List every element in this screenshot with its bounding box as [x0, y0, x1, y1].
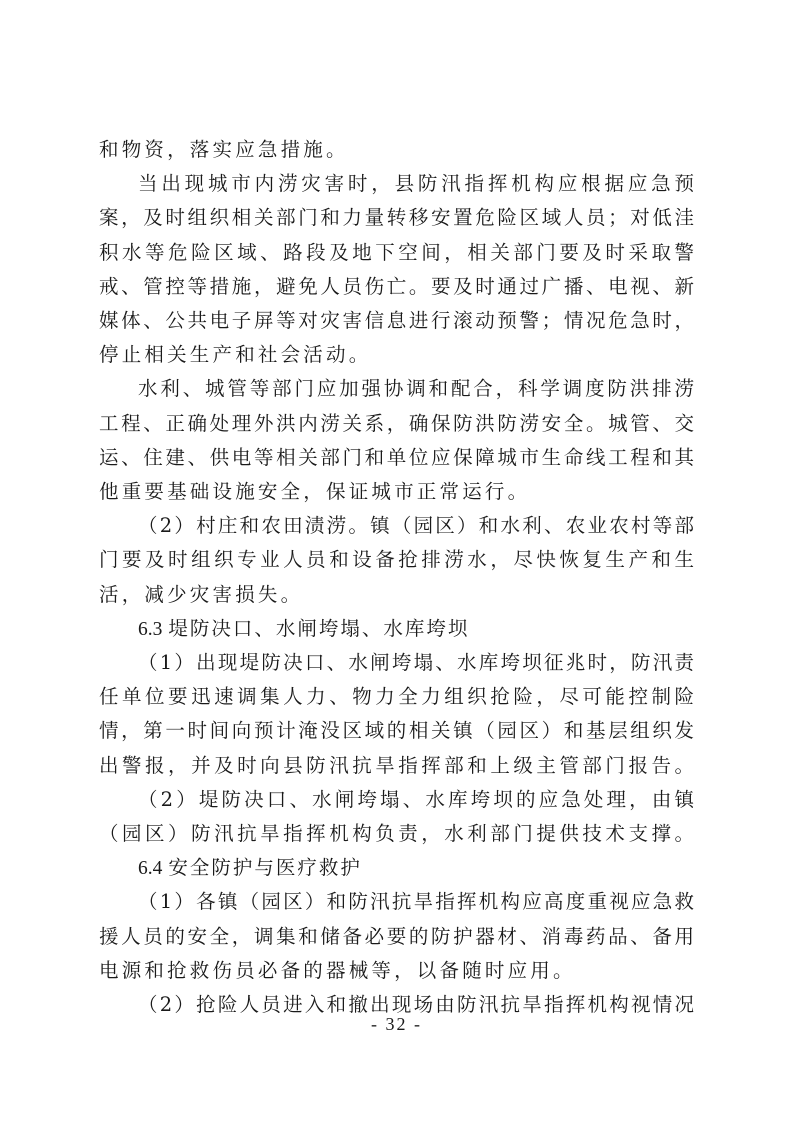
text-line: 活，减少灾害损失。 [99, 583, 694, 607]
text-line: 运、住建、供电等相关部门和单位应保障城市生命线工程和其 [99, 446, 694, 470]
text-line: 当出现城市内涝灾害时，县防汛指挥机构应根据应急预 [138, 172, 694, 196]
text-line: 情，第一时间向预计淹没区域的相关镇（园区）和基层组织发 [99, 719, 694, 743]
section-number: 6.3 [138, 619, 162, 640]
text-line: 戒、管控等措施，避免人员伤亡。要及时通过广播、电视、新 [99, 275, 694, 299]
section-number: 6.4 [138, 858, 162, 879]
text-line: 停止相关生产和社会活动。 [99, 343, 694, 367]
text-line: 任单位要迅速调集人力、物力全力组织抢险，尽可能控制险 [99, 685, 694, 709]
text-line: 出警报，并及时向县防汛抗旱指挥部和上级主管部门报告。 [99, 754, 694, 778]
text-line: 和物资，落实应急措施。 [99, 138, 694, 162]
text-line: 门要及时组织专业人员和设备抢排涝水，尽快恢复生产和生 [99, 548, 694, 572]
page-number: - 32 - [0, 1014, 793, 1035]
text-line: 电源和抢救伤员必备的器械等，以备随时应用。 [99, 959, 694, 983]
text-line: 他重要基础设施安全，保证城市正常运行。 [99, 480, 694, 504]
section-title: 堤防决口、水闸垮塌、水库垮坝 [168, 617, 469, 640]
text-line: 媒体、公共电子屏等对灾害信息进行滚动预警；情况危急时， [99, 309, 694, 333]
text-line: 援人员的安全，调集和储备必要的防护器材、消毒药品、备用 [99, 925, 694, 949]
text-line: 水利、城管等部门应加强协调和配合，科学调度防洪排涝 [138, 377, 694, 401]
text-line: （2）村庄和农田渍涝。镇（园区）和水利、农业农村等部 [138, 514, 694, 538]
text-line: （1）各镇（园区）和防汛抗旱指挥机构应高度重视应急救 [138, 890, 694, 914]
text-line: （园区）防汛抗旱指挥机构负责，水利部门提供技术支撑。 [99, 822, 694, 846]
text-line: （1）出现堤防决口、水闸垮塌、水库垮坝征兆时，防汛责 [138, 651, 694, 675]
text-line: 案，及时组织相关部门和力量转移安置危险区域人员；对低洼 [99, 206, 694, 230]
document-page: 和物资，落实应急措施。当出现城市内涝灾害时，县防汛指挥机构应根据应急预案，及时组… [0, 0, 793, 1122]
section-heading: 6.3堤防决口、水闸垮塌、水库垮坝 [138, 617, 694, 642]
text-line: （2）堤防决口、水闸垮塌、水库垮坝的应急处理，由镇 [138, 788, 694, 812]
text-line: 工程、正确处理外洪内涝关系，确保防洪防涝安全。城管、交 [99, 412, 694, 436]
section-heading: 6.4安全防护与医疗救护 [138, 856, 694, 881]
section-title: 安全防护与医疗救护 [168, 856, 362, 879]
text-line: 积水等危险区域、路段及地下空间，相关部门要及时采取警 [99, 241, 694, 265]
